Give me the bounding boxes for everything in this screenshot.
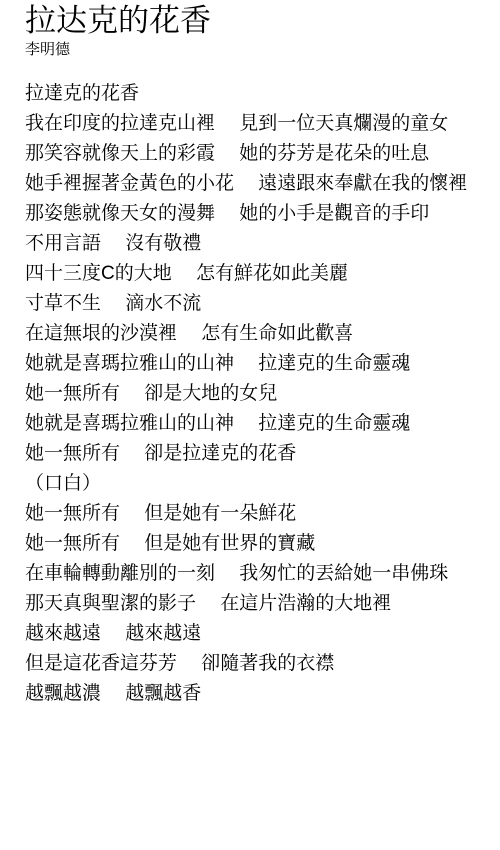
page-title: 拉达克的花香	[25, 1, 485, 40]
lyrics-page: 拉达克的花香 李明德 拉達克的花香我在印度的拉達克山裡 見到一位天真爛漫的童女那…	[0, 0, 500, 709]
lyric-line: 她一無所有 但是她有一朵鮮花	[25, 499, 485, 529]
lyric-line: 拉達克的花香	[25, 79, 485, 109]
lyric-line: 那笑容就像天上的彩霞 她的芬芳是花朵的吐息	[25, 139, 485, 169]
lyric-line: 那姿態就像天女的漫舞 她的小手是觀音的手印	[25, 199, 485, 229]
lyric-line: 越飄越濃 越飄越香	[25, 679, 485, 709]
lyric-line: 不用言語 沒有敬禮	[25, 229, 485, 259]
lyric-line: 但是這花香這芬芳 卻隨著我的衣襟	[25, 649, 485, 679]
lyric-line: 越來越遠 越來越遠	[25, 619, 485, 649]
artist-name: 李明德	[25, 40, 485, 60]
lyric-line: 在車輪轉動離別的一刻 我匆忙的丟給她一串佛珠	[25, 559, 485, 589]
lyric-line: 她手裡握著金黃色的小花 遠遠跟來奉獻在我的懷裡	[25, 169, 485, 199]
lyric-line: 那天真與聖潔的影子 在這片浩瀚的大地裡	[25, 589, 485, 619]
lyric-line: 寸草不生 滴水不流	[25, 289, 485, 319]
lyric-line: 在這無垠的沙漠裡 怎有生命如此歡喜	[25, 319, 485, 349]
lyric-line: 她一無所有 卻是拉達克的花香	[25, 439, 485, 469]
lyric-line: 我在印度的拉達克山裡 見到一位天真爛漫的童女	[25, 109, 485, 139]
lyric-line: 四十三度C的大地 怎有鮮花如此美麗	[25, 259, 485, 289]
lyric-line: 她一無所有 但是她有世界的寶藏	[25, 529, 485, 559]
lyric-line: 她一無所有 卻是大地的女兒	[25, 379, 485, 409]
lyric-line: 她就是喜瑪拉雅山的山神 拉達克的生命靈魂	[25, 409, 485, 439]
lyric-line: （口白）	[25, 469, 485, 499]
lyric-line: 她就是喜瑪拉雅山的山神 拉達克的生命靈魂	[25, 349, 485, 379]
lyrics-block: 拉達克的花香我在印度的拉達克山裡 見到一位天真爛漫的童女那笑容就像天上的彩霞 她…	[25, 79, 485, 709]
